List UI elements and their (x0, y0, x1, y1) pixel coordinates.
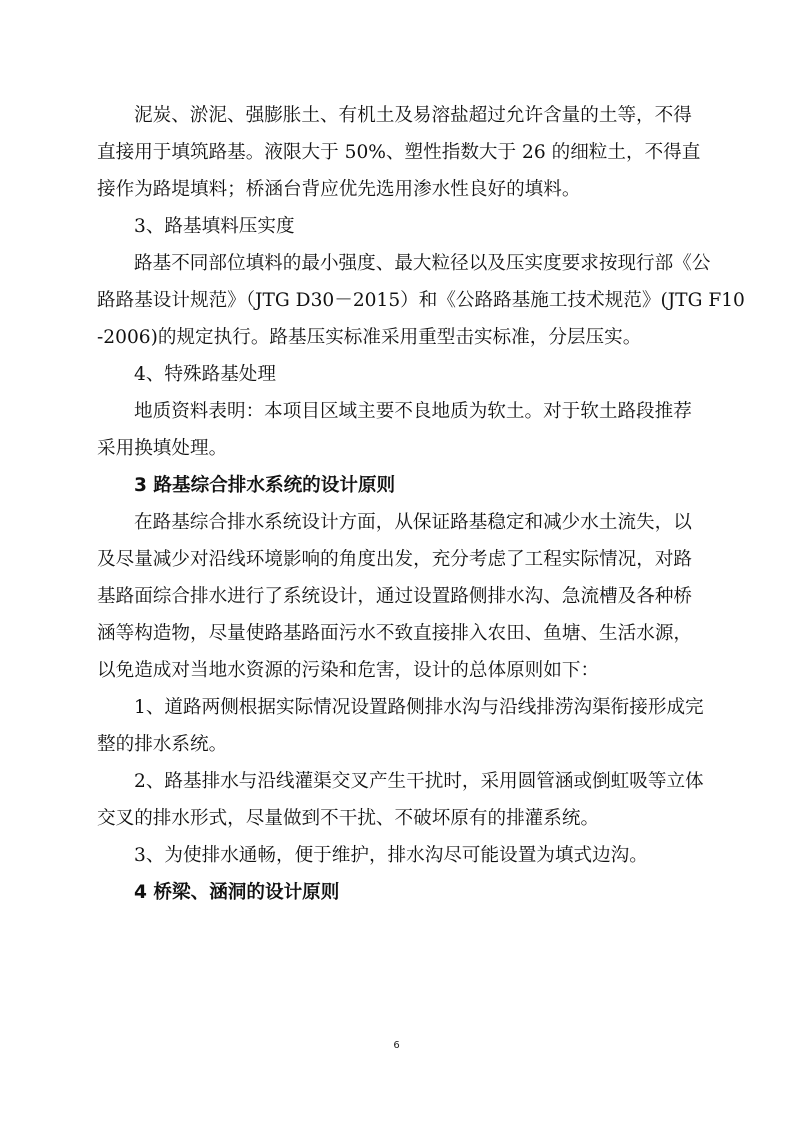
subheading-compaction: 3、路基填料压实度 (97, 208, 695, 245)
body-text-line: 路基不同部位填料的最小强度、最大粒径以及压实度要求按现行部《公 (97, 245, 695, 282)
body-text-line: 直接用于填筑路基。液限大于 50%、塑性指数大于 26 的细粒土，不得直 (97, 134, 695, 171)
list-item-1-cont: 整的排水系统。 (97, 726, 695, 763)
body-text-line: 涵等构造物，尽量使路基路面污水不致直接排入农田、鱼塘、生活水源， (97, 615, 695, 652)
body-text-line: 泥炭、淤泥、强膨胀土、有机土及易溶盐超过允许含量的土等，不得 (97, 97, 695, 134)
page-content: 泥炭、淤泥、强膨胀土、有机土及易溶盐超过允许含量的土等，不得 直接用于填筑路基。… (97, 97, 695, 911)
document-page: 泥炭、淤泥、强膨胀土、有机土及易溶盐超过允许含量的土等，不得 直接用于填筑路基。… (0, 0, 793, 1122)
list-item-3: 3、为使排水通畅，便于维护，排水沟尽可能设置为填式边沟。 (97, 837, 695, 874)
page-number: 6 (0, 1040, 793, 1051)
body-text-line: -2006)的规定执行。路基压实标准采用重型击实标准，分层压实。 (97, 319, 695, 356)
section-heading-drainage: 3 路基综合排水系统的设计原则 (97, 467, 695, 504)
section-heading-bridges: 4 桥梁、涵洞的设计原则 (97, 874, 695, 911)
body-text-line: 在路基综合排水系统设计方面，从保证路基稳定和减少水土流失，以 (97, 504, 695, 541)
list-item-2-cont: 交叉的排水形式，尽量做到不干扰、不破坏原有的排灌系统。 (97, 800, 695, 837)
list-item-2: 2、路基排水与沿线灌渠交叉产生干扰时，采用圆管涵或倒虹吸等立体 (97, 763, 695, 800)
body-text-line: 采用换填处理。 (97, 430, 695, 467)
body-text-line: 基路面综合排水进行了系统设计，通过设置路侧排水沟、急流槽及各种桥 (97, 578, 695, 615)
list-item-1: 1、道路两侧根据实际情况设置路侧排水沟与沿线排涝沟渠衔接形成完 (97, 689, 695, 726)
subheading-special-subgrade: 4、特殊路基处理 (97, 356, 695, 393)
body-text-line: 接作为路堤填料；桥涵台背应优先选用渗水性良好的填料。 (97, 171, 695, 208)
body-text-line: 及尽量减少对沿线环境影响的角度出发，充分考虑了工程实际情况，对路 (97, 541, 695, 578)
body-text-line: 以免造成对当地水资源的污染和危害，设计的总体原则如下： (97, 652, 695, 689)
body-text-line: 路路基设计规范》（JTG D30－2015）和《公路路基施工技术规范》(JTG … (97, 282, 695, 319)
body-text-line: 地质资料表明：本项目区域主要不良地质为软土。对于软土路段推荐 (97, 393, 695, 430)
